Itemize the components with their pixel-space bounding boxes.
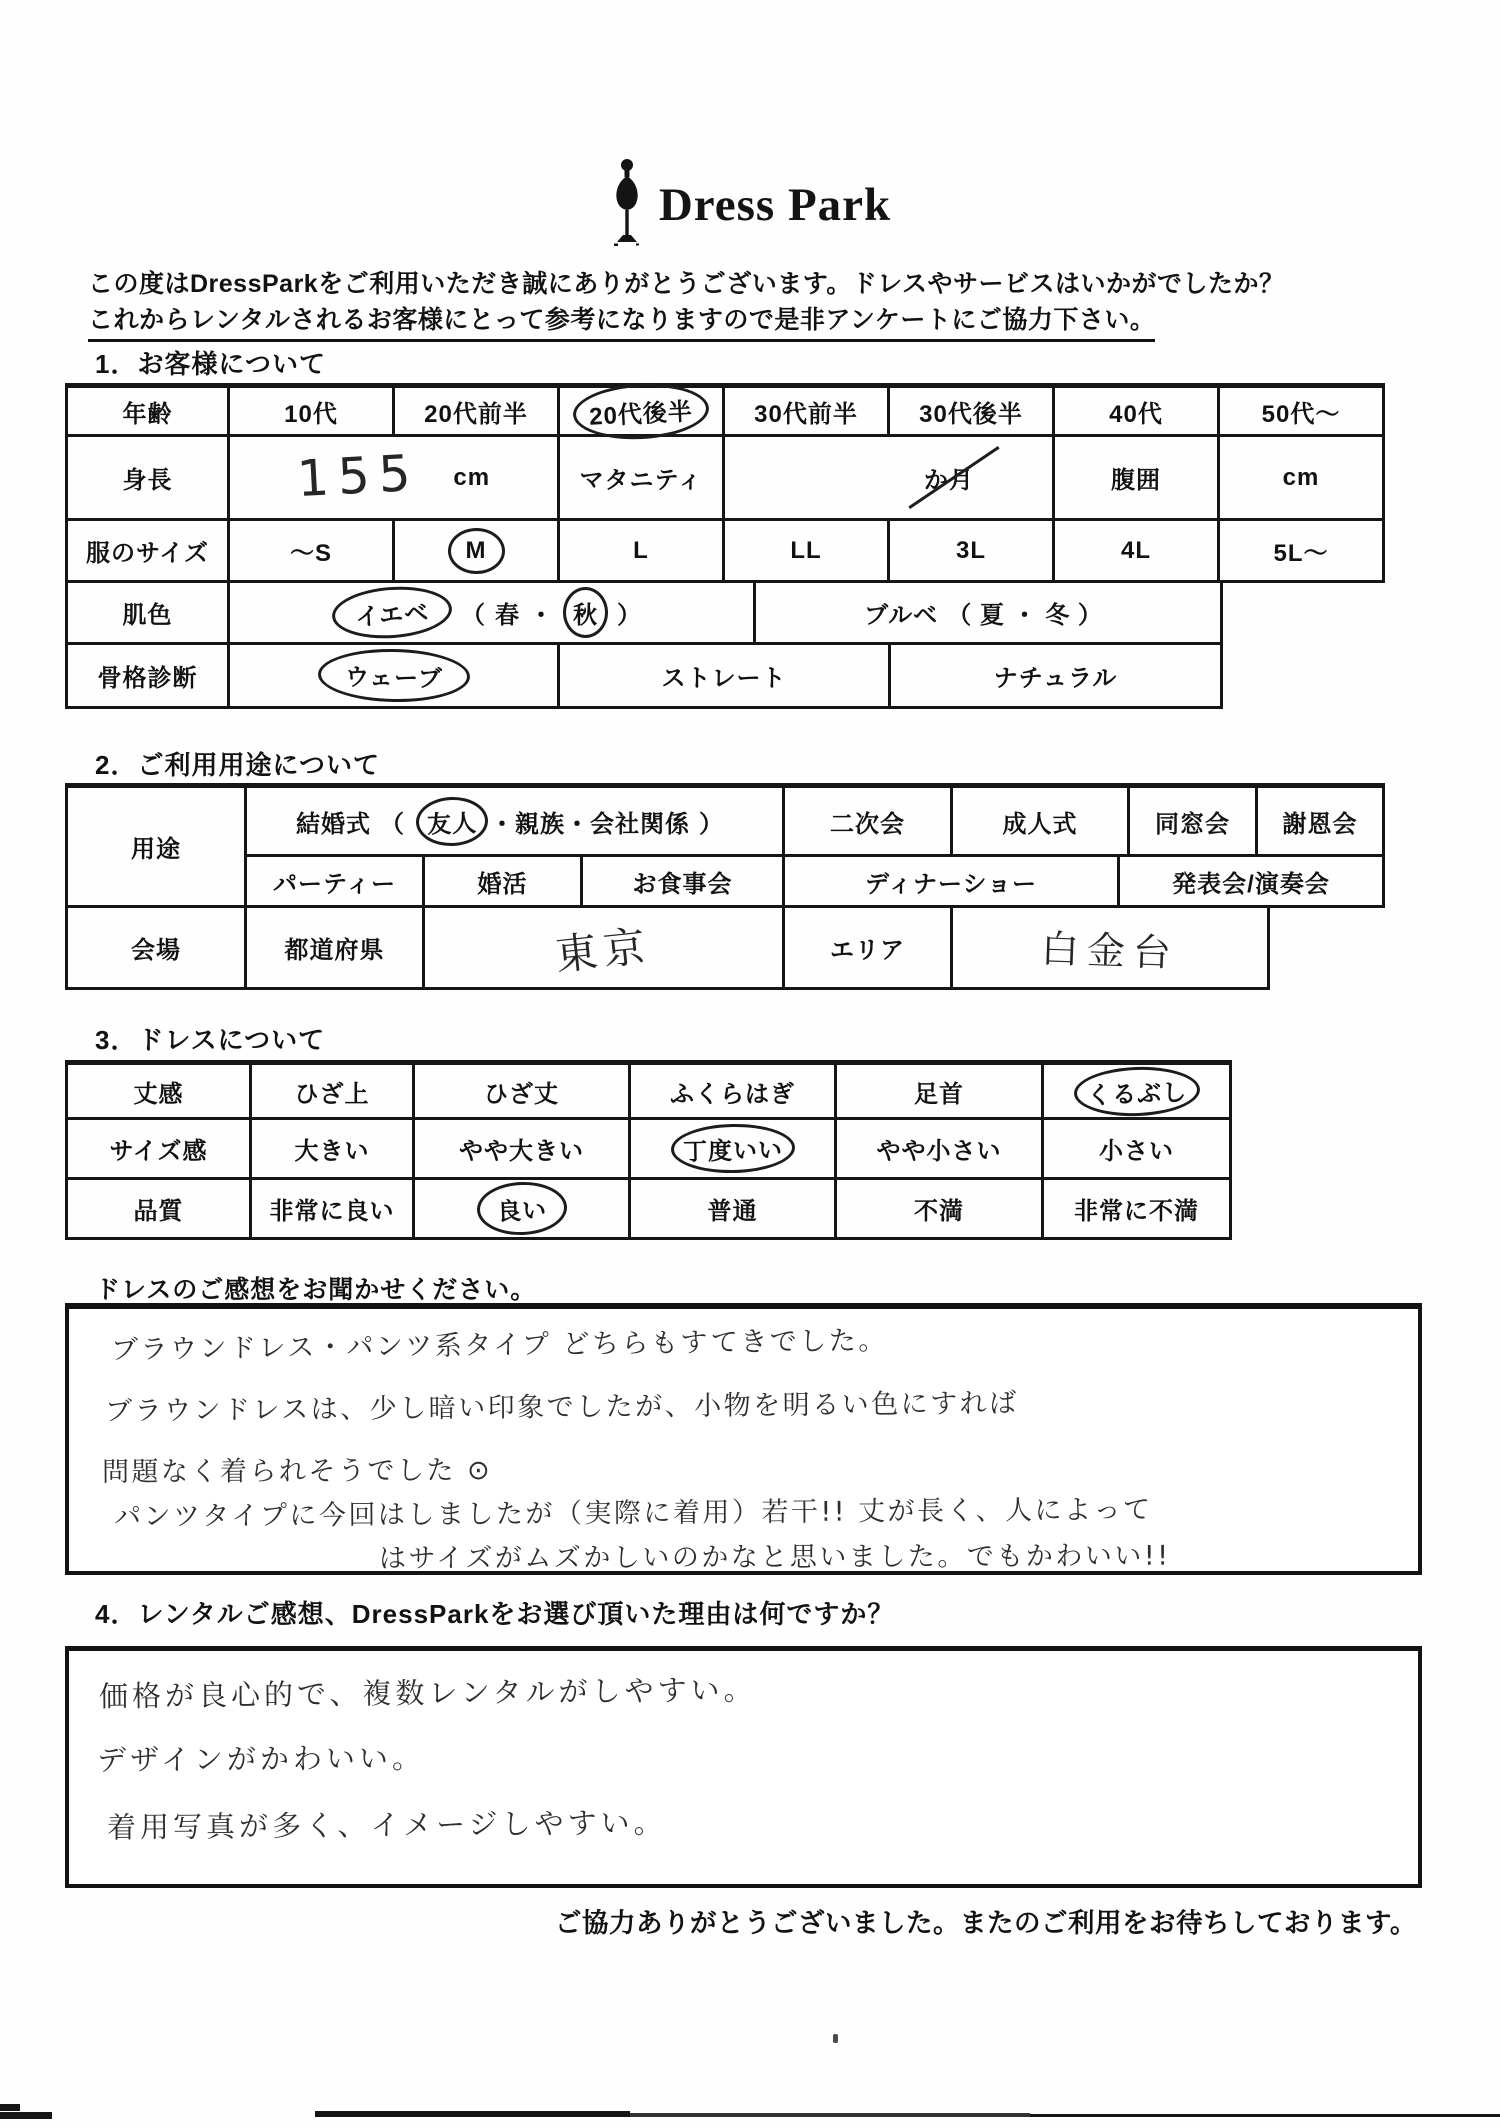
- size-option: 5L～: [1220, 521, 1385, 583]
- length-option-selected: くるぶし: [1044, 1060, 1232, 1120]
- feedback-line: 問題なく着られそうでした ⊙: [102, 1448, 492, 1489]
- purpose-option-wedding: 結婚式 （ 友人 ・親族・会社関係 ）: [247, 783, 785, 857]
- fit-option: 小さい: [1044, 1120, 1232, 1180]
- quality-option: 普通: [631, 1180, 837, 1240]
- season-spring: 春: [495, 595, 520, 630]
- intro-text: この度はDressParkをご利用いただき誠にありがとうございます。ドレスやサー…: [88, 264, 1284, 300]
- venue-label: 会場: [65, 908, 247, 990]
- length-option: ふくらはぎ: [631, 1060, 837, 1120]
- closing-thanks-text: ご協力ありがとうございました。またのご利用をお待ちしております。: [555, 1901, 1417, 1940]
- wedding-label: 結婚式: [296, 804, 371, 839]
- dress-table: 丈感 ひざ上 ひざ丈 ふくらはぎ 足首 くるぶし サイズ感 大きい やや大きい …: [65, 1060, 1232, 1240]
- paren-close: ）: [699, 804, 724, 839]
- length-option: ひざ丈: [415, 1060, 631, 1120]
- selection-circle: 20代後半: [572, 380, 710, 442]
- paren-open: （: [461, 595, 486, 630]
- selection-circle-autumn: 秋: [563, 587, 608, 638]
- purpose-option: 発表会/演奏会: [1120, 857, 1385, 908]
- quality-option: 非常に良い: [252, 1180, 415, 1240]
- frame-row: 骨格診断 ウェーブ ストレート ナチュラル: [65, 645, 1385, 709]
- brand-logo: Dress Park: [0, 158, 1500, 251]
- age-option: 20代前半: [395, 383, 560, 437]
- blue-seasons: （ 夏 ・ 冬 ）: [947, 595, 1103, 630]
- purpose-option: 謝恩会: [1258, 783, 1385, 857]
- area-value-cell: 白金台: [953, 908, 1270, 990]
- age-label: 年齢: [65, 383, 230, 437]
- venue-row: 会場 都道府県 東京 エリア 白金台: [65, 908, 1385, 990]
- age-option: 30代前半: [725, 383, 890, 437]
- scan-artifact-line: [315, 2111, 630, 2117]
- scanned-survey-page: Dress Park この度はDressParkをご利用いただき誠にありがとうご…: [0, 0, 1500, 2127]
- purpose-table: 用途 結婚式 （ 友人 ・親族・会社関係 ） 二次会 成人式 同窓会 謝恩会: [65, 783, 1385, 990]
- purpose-option: ディナーショー: [785, 857, 1120, 908]
- age-option: 40代: [1055, 383, 1220, 437]
- selection-circle: 良い: [476, 1180, 568, 1236]
- purpose-option: 婚活: [425, 857, 583, 908]
- size-option: ～S: [230, 521, 395, 583]
- size-option: 4L: [1055, 521, 1220, 583]
- size-option: LL: [725, 521, 890, 583]
- length-row: 丈感 ひざ上 ひざ丈 ふくらはぎ 足首 くるぶし: [65, 1060, 1232, 1120]
- feedback-line: ブラウンドレス・パンツ系タイプ どちらもすてきでした。: [111, 1318, 888, 1366]
- quality-row: 品質 非常に良い 良い 普通 不満 非常に不満: [65, 1180, 1232, 1240]
- selection-circle: 友人: [415, 795, 489, 846]
- quality-label: 品質: [65, 1180, 252, 1240]
- length-option: ひざ上: [252, 1060, 415, 1120]
- selection-circle: 丁度いい: [670, 1123, 795, 1174]
- fit-label: サイズ感: [65, 1120, 252, 1180]
- height-unit: cm: [453, 464, 490, 492]
- maternity-label: マタニティ: [560, 437, 725, 521]
- fit-option: 大きい: [252, 1120, 415, 1180]
- purpose-option: パーティー: [247, 857, 425, 908]
- section4-heading: 4．レンタルご感想、DressParkをお選び頂いた理由は何ですか？: [95, 1594, 894, 1631]
- fit-option-selected: 丁度いい: [631, 1120, 837, 1180]
- age-option-selected: 20代後半: [560, 383, 725, 437]
- feedback-prompt: ドレスのご感想をお聞かせください。: [95, 1270, 536, 1306]
- brand-name: Dress Park: [659, 178, 891, 232]
- wedding-relations: ・親族・会社関係: [490, 804, 690, 839]
- maternity-months-cell: か月: [725, 437, 1055, 521]
- size-row: 服のサイズ ～S M L LL 3L 4L 5L～: [65, 521, 1385, 583]
- separator-dot: ・: [529, 595, 554, 630]
- reason-line: デザインがかわいい。: [97, 1736, 425, 1779]
- fit-option: やや大きい: [415, 1120, 631, 1180]
- purpose-row-2: パーティー 婚活 お食事会 ディナーショー 発表会/演奏会: [247, 857, 1385, 908]
- age-option: 50代～: [1220, 383, 1385, 437]
- quality-option: 不満: [837, 1180, 1044, 1240]
- skin-yellow-cell: イエベ （ 春 ・ 秋 ）: [230, 583, 756, 645]
- selection-circle: M: [448, 528, 505, 574]
- age-option: 30代後半: [890, 383, 1055, 437]
- age-row: 年齢 10代 20代前半 20代後半 30代前半 30代後半 40代 50代～: [65, 383, 1385, 437]
- feedback-line: パンツタイプに今回はしましたが（実際に着用）若干!! 丈が長く、人によって: [114, 1487, 1153, 1533]
- length-label: 丈感: [65, 1060, 252, 1120]
- quality-option-selected: 良い: [415, 1180, 631, 1240]
- purpose-option: 成人式: [953, 783, 1130, 857]
- scan-artifact-line: [1030, 2114, 1500, 2117]
- size-option: 3L: [890, 521, 1055, 583]
- height-label: 身長: [65, 437, 230, 521]
- frame-option-selected: ウェーブ: [230, 645, 560, 709]
- size-label: 服のサイズ: [65, 521, 230, 583]
- survey-request-text: これからレンタルされるお客様にとって参考になりますので是非アンケートにご協力下さ…: [88, 300, 1155, 342]
- section1-heading: 1．お客様について: [95, 344, 326, 381]
- area-handwritten: 白金台: [1040, 918, 1180, 978]
- age-option: 10代: [230, 383, 395, 437]
- height-value-cell: 155 cm: [230, 437, 560, 521]
- section3-heading: 3．ドレスについて: [95, 1020, 325, 1057]
- area-label: エリア: [785, 908, 953, 990]
- scan-artifact-dot: [833, 2034, 838, 2043]
- frame-option: ナチュラル: [891, 645, 1223, 709]
- purpose-row-1: 結婚式 （ 友人 ・親族・会社関係 ） 二次会 成人式 同窓会 謝恩会: [247, 783, 1385, 857]
- months-label-crossed: か月: [924, 460, 974, 495]
- blue-base-label: ブルベ: [864, 595, 938, 630]
- waist-unit-label: cm: [1220, 437, 1385, 521]
- scan-artifact-line: [630, 2113, 1030, 2117]
- frame-label: 骨格診断: [65, 645, 230, 709]
- paren-close: ）: [617, 595, 642, 630]
- dress-form-icon: [609, 158, 645, 251]
- feedback-box: ブラウンドレス・パンツ系タイプ どちらもすてきでした。 ブラウンドレスは、少し暗…: [65, 1303, 1422, 1575]
- purpose-label: 用途: [65, 783, 247, 908]
- height-value-handwritten: 155: [296, 443, 421, 507]
- reason-box: 価格が良心的で、複数レンタルがしやすい。 デザインがかわいい。 着用写真が多く、…: [65, 1646, 1422, 1888]
- height-row: 身長 155 cm マタニティ か月 腹囲 cm: [65, 437, 1385, 521]
- reason-line: 着用写真が多く、イメージしやすい。: [107, 1801, 667, 1847]
- customer-table: 年齢 10代 20代前半 20代後半 30代前半 30代後半 40代 50代～ …: [65, 383, 1385, 709]
- purpose-option: お食事会: [583, 857, 785, 908]
- waist-label: 腹囲: [1055, 437, 1220, 521]
- selection-circle: くるぶし: [1073, 1064, 1201, 1117]
- prefecture-handwritten: 東京: [553, 913, 655, 983]
- feedback-line: ブラウンドレスは、少し暗い印象でしたが、小物を明るい色にすれば: [105, 1381, 1019, 1428]
- feedback-line: はサイズがムズかしいのかなと思いました。でもかわいい!!: [379, 1534, 1171, 1576]
- prefecture-value-cell: 東京: [425, 908, 785, 990]
- skin-label: 肌色: [65, 583, 230, 645]
- size-option: L: [560, 521, 725, 583]
- reason-line: 価格が良心的で、複数レンタルがしやすい。: [99, 1668, 757, 1716]
- purpose-option: 同窓会: [1130, 783, 1258, 857]
- prefecture-label: 都道府県: [247, 908, 425, 990]
- purpose-option: 二次会: [785, 783, 953, 857]
- selection-circle: ウェーブ: [317, 648, 470, 704]
- skin-blue-cell: ブルベ （ 夏 ・ 冬 ）: [756, 583, 1223, 645]
- length-option: 足首: [837, 1060, 1044, 1120]
- scan-artifact-mark: [0, 2112, 52, 2119]
- size-option-selected: M: [395, 521, 560, 583]
- scan-artifact-mark: [0, 2104, 20, 2111]
- frame-option: ストレート: [560, 645, 891, 709]
- section2-heading: 2．ご利用用途について: [95, 745, 380, 782]
- selection-circle: イエベ: [330, 583, 453, 642]
- fit-option: やや小さい: [837, 1120, 1044, 1180]
- quality-option: 非常に不満: [1044, 1180, 1232, 1240]
- paren-open: （: [380, 804, 405, 839]
- fit-row: サイズ感 大きい やや大きい 丁度いい やや小さい 小さい: [65, 1120, 1232, 1180]
- skin-tone-row: 肌色 イエベ （ 春 ・ 秋 ） ブルベ （ 夏 ・ 冬 ）: [65, 583, 1385, 645]
